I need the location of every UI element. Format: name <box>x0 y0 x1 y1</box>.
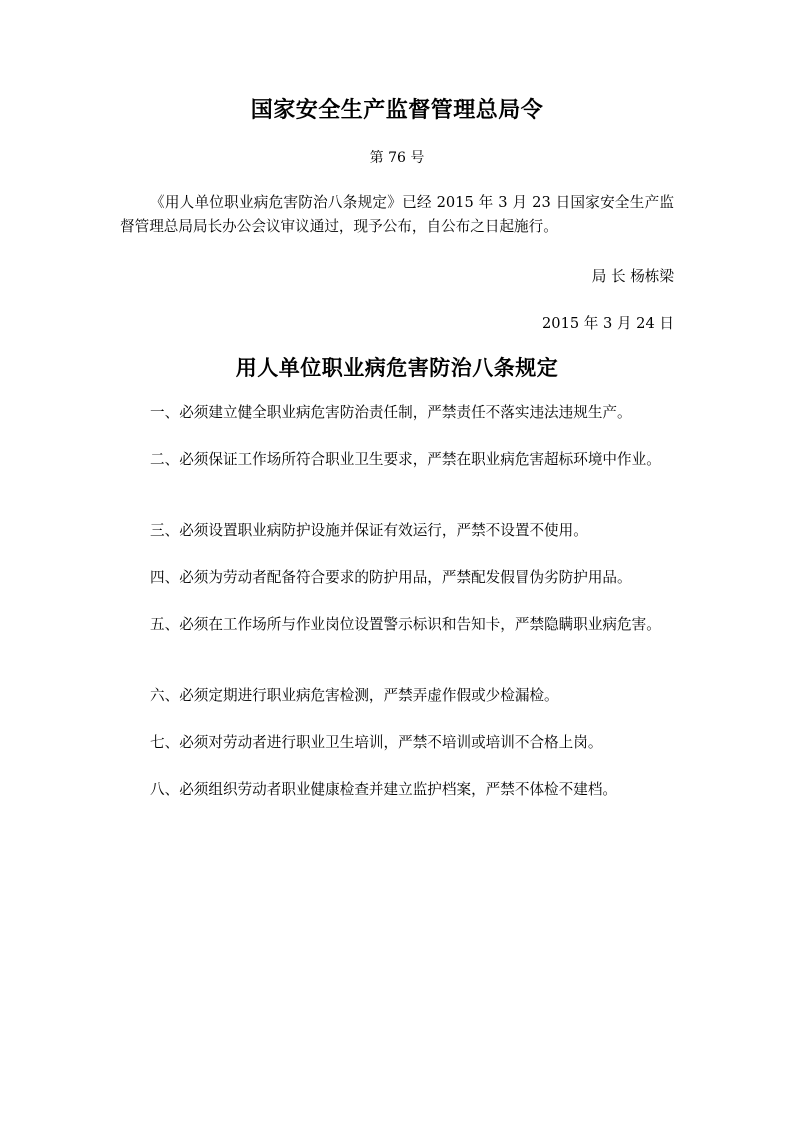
article-2: 二、必须保证工作场所符合职业卫生要求，严禁在职业病危害超标环境中作业。 <box>120 448 674 472</box>
regulation-title: 用人单位职业病危害防治八条规定 <box>120 352 674 382</box>
signatory: 局 长 杨栋梁 <box>120 265 674 286</box>
document-title: 国家安全生产监督管理总局令 <box>120 93 674 124</box>
article-7: 七、必须对劳动者进行职业卫生培训，严禁不培训或培训不合格上岗。 <box>120 731 674 755</box>
issue-date: 2015 年 3 月 24 日 <box>120 312 674 333</box>
article-3: 三、必须设置职业病防护设施并保证有效运行，严禁不设置不使用。 <box>120 519 674 543</box>
preamble-paragraph: 《用人单位职业病危害防治八条规定》已经 2015 年 3 月 23 日国家安全生… <box>120 191 674 239</box>
order-number: 第 76 号 <box>120 147 674 167</box>
article-1: 一、必须建立健全职业病危害防治责任制，严禁责任不落实违法违规生产。 <box>120 401 674 425</box>
article-8: 八、必须组织劳动者职业健康检查并建立监护档案，严禁不体检不建档。 <box>120 778 674 802</box>
article-4: 四、必须为劳动者配备符合要求的防护用品，严禁配发假冒伪劣防护用品。 <box>120 566 674 590</box>
article-5: 五、必须在工作场所与作业岗位设置警示标识和告知卡，严禁隐瞒职业病危害。 <box>120 613 674 637</box>
article-6: 六、必须定期进行职业病危害检测，严禁弄虚作假或少检漏检。 <box>120 684 674 708</box>
